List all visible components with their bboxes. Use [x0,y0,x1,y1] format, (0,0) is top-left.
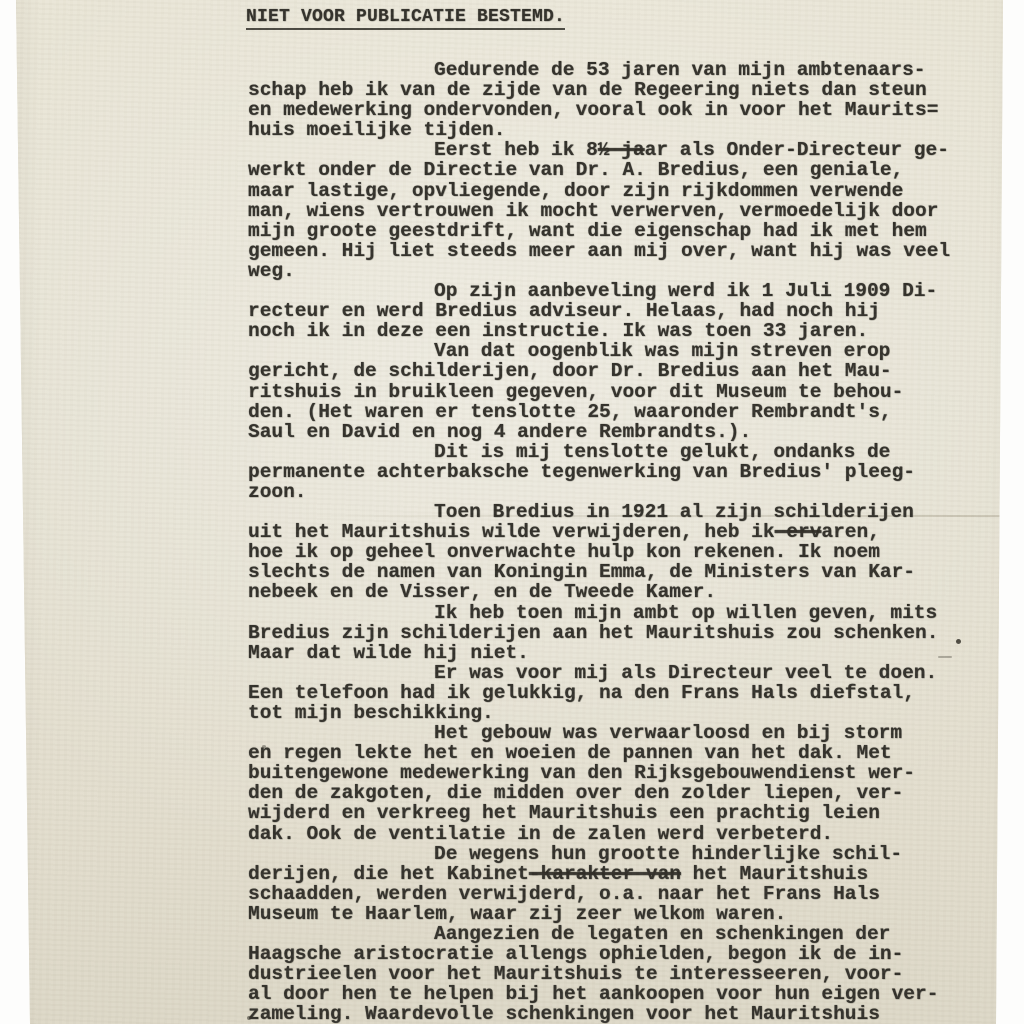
text-line: recteur en werd Bredius adviseur. Helaas… [248,301,960,321]
paragraph: De wegens hun grootte hinderlijke schil-… [248,844,960,924]
text-line: Bredius zijn schilderijen aan het Maurit… [248,623,960,643]
text-line: den de zakgoten, die midden over den zol… [248,783,960,803]
text-line: Op zijn aanbeveling werd ik 1 Juli 1909 … [248,281,960,301]
text-line: Maar dat wilde hij niet. [248,643,960,663]
text-line: en regen lekte het en woeien de pannen v… [248,743,960,763]
paragraph: Dit is mij tenslotte gelukt, ondanks dep… [248,442,960,502]
text-line: ritshuis in bruikleen gegeven, voor dit … [248,382,960,402]
text-line: gemeen. Hij liet steeds meer aan mij ove… [248,241,960,261]
typewriter-overstrike: -karakter van [529,863,681,885]
text-line: Gedurende de 53 jaren van mijn ambtenaar… [248,60,960,80]
ink-speck [262,745,266,748]
paragraph: Ik heb toen mijn ambt op willen geven, m… [248,603,960,663]
scanned-document-view: NIET VOOR PUBLICATIE BESTEMD. Gedurende … [0,0,1024,1024]
text-line: maar lastige, opvliegende, door zijn rij… [248,181,960,201]
text-line: weg. [248,261,960,281]
text-line: uit het Mauritshuis wilde verwijderen, h… [248,522,960,542]
text-line: buitengewone medewerking van den Rijksge… [248,763,960,783]
text-line: derijen, die het Kabinet-karakter van he… [248,864,960,884]
text-line: Museum te Haarlem, waar zij zeer welkom … [248,904,960,924]
text-line: dustrieelen voor het Mauritshuis te inte… [248,964,960,984]
text-line: Aangezien de legaten en schenkingen der [248,924,960,944]
text-line: dak. Ook de ventilatie in de zalen werd … [248,824,960,844]
text-line: den. (Het waren er tenslotte 25, waarond… [248,402,960,422]
paragraph: Op zijn aanbeveling werd ik 1 Juli 1909 … [248,281,960,341]
paragraph: Van dat oogenblik was mijn streven eropg… [248,341,960,441]
ink-speck [938,656,952,658]
text-line: man, wiens vertrouwen ik mocht verwerven… [248,201,960,221]
text-line: tot mijn beschikking. [248,703,960,723]
typewriter-overstrike: ½ ja [598,139,645,161]
text-line: wijderd en verkreeg het Mauritshuis een … [248,803,960,823]
text-line: zameling. Waardevolle schenkingen voor h… [248,1004,960,1024]
text-line: Dit is mij tenslotte gelukt, ondanks de [248,442,960,462]
typewriter-overstrike: erv [775,521,822,543]
text-line: hoe ik op geheel onverwachte hulp kon re… [248,542,960,562]
text-line: Een telefoon had ik gelukkig, na den Fra… [248,683,960,703]
document-title: NIET VOOR PUBLICATIE BESTEMD. [246,7,565,30]
text-line: al door hen te helpen bij het aankoopen … [248,984,960,1004]
text-line: Toen Bredius in 1921 al zijn schilderije… [248,502,960,522]
text-line: en medewerking ondervonden, vooral ook i… [248,100,960,120]
text-line: De wegens hun grootte hinderlijke schil- [248,844,960,864]
document-page: NIET VOOR PUBLICATIE BESTEMD. Gedurende … [0,0,1024,1024]
paragraph: Aangezien de legaten en schenkingen derH… [248,924,960,1024]
text-line: Eerst heb ik 8½ jaar als Onder-Directeur… [248,140,960,160]
text-line: noch ik in deze een instructie. Ik was t… [248,321,960,341]
ink-speck [247,1016,251,1020]
text-line: zoon. [248,482,960,502]
text-line: Het gebouw was verwaarloosd en bij storm [248,723,960,743]
text-line: permanente achterbaksche tegenwerking va… [248,462,960,482]
text-line: Saul en David en nog 4 andere Rembrandts… [248,422,960,442]
text-line: Van dat oogenblik was mijn streven erop [248,341,960,361]
paragraph: Toen Bredius in 1921 al zijn schilderije… [248,502,960,602]
text-line: gericht, de schilderijen, door Dr. Bredi… [248,361,960,381]
text-line: Ik heb toen mijn ambt op willen geven, m… [248,603,960,623]
text-line: schaadden, werden verwijderd, o.a. naar … [248,884,960,904]
paper-crease-line [300,515,1002,517]
paragraph: Eerst heb ik 8½ jaar als Onder-Directeur… [248,140,960,281]
ink-speck [956,639,961,644]
text-line: huis moeilijke tijden. [248,120,960,140]
document-body: Gedurende de 53 jaren van mijn ambtenaar… [248,60,960,1024]
paragraph: Gedurende de 53 jaren van mijn ambtenaar… [248,60,960,140]
text-line: werkt onder de Directie van Dr. A. Bredi… [248,160,960,180]
text-line: nebeek en de Visser, en de Tweede Kamer. [248,582,960,602]
paragraph: Het gebouw was verwaarloosd en bij storm… [248,723,960,844]
paragraph: Er was voor mij als Directeur veel te do… [248,663,960,723]
text-line: slechts de namen van Koningin Emma, de M… [248,562,960,582]
text-line: Haagsche aristocratie allengs ophielden,… [248,944,960,964]
text-line: schap heb ik van de zijde van de Regeeri… [248,80,960,100]
text-line: Er was voor mij als Directeur veel te do… [248,663,960,683]
text-line: mijn groote geestdrift, want die eigensc… [248,221,960,241]
